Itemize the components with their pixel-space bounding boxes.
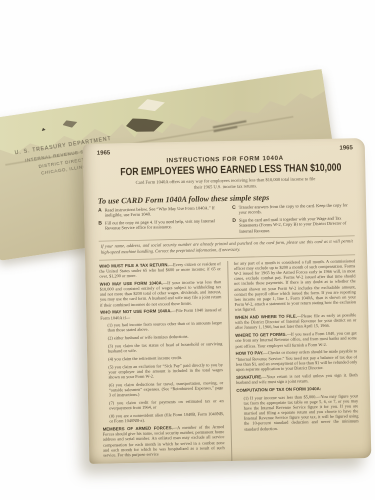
paragraph-text: (1) you had income from sources other th…	[107, 320, 222, 333]
paragraph: WHO MAY USE FORM 1040A.—If your income w…	[100, 279, 222, 307]
step-text: Sign the card and mail it together with …	[239, 215, 355, 234]
step-text: Transfer answers from the copy to the ca…	[239, 202, 355, 215]
instruction-sheet: 1965 1965 INSTRUCTIONS FOR FORM 1040A FO…	[83, 138, 372, 464]
page-year-right: 1965	[339, 145, 352, 151]
body-right-column: for any part of a month is considered a …	[227, 258, 360, 461]
steps-list: A Read instructions below. See “Who May …	[98, 202, 355, 237]
step-b: B Fill out the copy on page 4. If you ne…	[98, 218, 220, 237]
illegible-postmark	[213, 120, 248, 134]
step-c: C Transfer answers from the copy to the …	[232, 202, 354, 216]
step-letter: A	[98, 207, 102, 218]
paragraph-text: for any part of a month is considered a …	[234, 258, 356, 312]
list-item: (2) either husband or wife itemizes dedu…	[101, 333, 223, 341]
step-a: A Read instructions below. See “Who May …	[98, 205, 220, 219]
step-text: Fill out the copy on page 4. If you need…	[105, 218, 221, 237]
paragraph-text: (5) you claim an exclusion for “Sick Pay…	[108, 362, 223, 380]
list-item: (6) you claim deductions for travel, tra…	[102, 380, 224, 398]
step-d: D Sign the card and mail it together wit…	[232, 215, 354, 234]
paragraph-text: (7) you claim credit for payments on est…	[109, 398, 224, 411]
card-note: If your name, address, and social securi…	[99, 238, 355, 255]
list-item: (4) you claim the retirement income cred…	[101, 354, 223, 362]
list-item: (1) you had income from sources other th…	[100, 320, 222, 333]
paragraph-text: (1) If your income was less than $5,000.…	[243, 393, 358, 432]
paragraph: WHEN AND WHERE TO FILE.—Please file as e…	[235, 312, 357, 330]
subtitle: Card Form 1040A offers an easy way for e…	[133, 176, 318, 192]
paragraph-text: (3) you claim the tax status of head of …	[108, 341, 223, 354]
document-photo: U. S. Treasury Department Internal Reven…	[0, 0, 375, 500]
step-letter: B	[98, 220, 102, 237]
paragraph: WHERE TO GET FORMS.—If you need a Form 1…	[235, 331, 357, 349]
paragraph: (1) If your income was less than $5,000.…	[236, 393, 358, 432]
list-item: (3) you claim the tax status of head of …	[101, 341, 223, 354]
list-item: (5) you claim an exclusion for “Sick Pay…	[101, 362, 223, 380]
list-item: (8) you are a nonresident alien (file Fo…	[102, 411, 224, 424]
page-year-left: 1965	[97, 150, 110, 156]
paragraph: WHO MUST FILE A TAX RETURN.—Every citize…	[99, 261, 221, 279]
step-letter: D	[232, 217, 236, 234]
body-left-column: WHO MUST FILE A TAX RETURN.—Every citize…	[99, 261, 231, 464]
paragraph-text: (2) either husband or wife itemizes dedu…	[108, 334, 189, 341]
body-columns: WHO MUST FILE A TAX RETURN.—Every citize…	[99, 258, 359, 463]
step-text: Read instructions below. See “Who May Us…	[105, 205, 221, 218]
paragraph-text: (8) you are a nonresident alien (file Fo…	[109, 411, 224, 424]
paragraph: COMPUTATION OF TAX ON FORM 1040A:	[236, 385, 358, 393]
paragraph: HOW TO PAY.—Checks or money orders shoul…	[236, 349, 358, 372]
paragraph: WHO MAY NOT USE FORM 1040A.—File Form 10…	[100, 307, 222, 320]
paragraph: SIGNATURE.—Your return is not valid unle…	[236, 372, 358, 385]
paragraph-text: (4) you claim the retirement income cred…	[108, 355, 182, 362]
paragraph-text: (6) you claim deductions for travel, tra…	[109, 380, 224, 398]
list-item: (7) you claim credit for payments on est…	[102, 398, 224, 411]
paragraph: MEMBERS OF ARMED FORCES.—A member of the…	[103, 424, 225, 458]
step-letter: C	[232, 204, 236, 215]
paragraph: for any part of a month is considered a …	[234, 258, 357, 312]
paragraph-heading: COMPUTATION OF TAX ON FORM 1040A:	[236, 386, 321, 393]
